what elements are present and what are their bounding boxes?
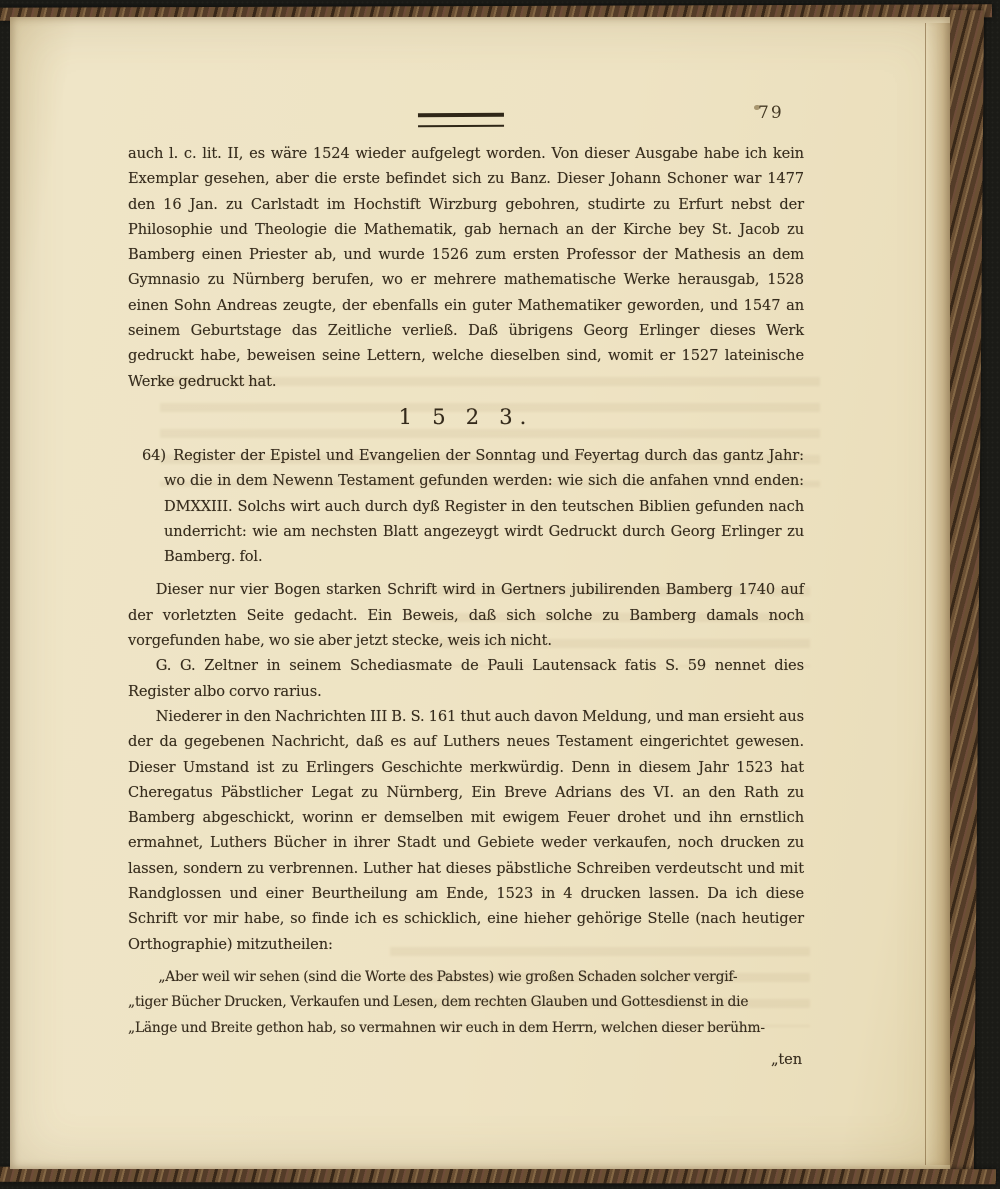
page-stack-edge — [925, 23, 950, 1165]
paragraph-continuation: auch l. c. lit. II, es wäre 1524 wieder … — [128, 141, 804, 394]
quote-line: „Länge und Breite gethon hab, so vermahn… — [128, 1016, 804, 1041]
scanned-page: 79 auch l. c. lit. II, es wäre 1524 wied… — [10, 17, 950, 1169]
catalog-entry-64: 64) Register der Epistel und Evangelien … — [128, 443, 804, 569]
page-number: 79 — [758, 103, 784, 123]
papal-quote-block: „Aber weil wir sehen (sind die Worte des… — [128, 965, 804, 1041]
catchword: „ten — [128, 1047, 804, 1072]
book-edge-bottom — [0, 1167, 996, 1185]
quote-line: „Aber weil wir sehen (sind die Worte des… — [128, 965, 804, 990]
entry-text: Register der Epistel und Evangelien der … — [164, 447, 804, 565]
paragraph-zeltner: G. G. Zeltner in seinem Schediasmate de … — [128, 653, 804, 704]
year-heading: 1 5 2 3. — [128, 404, 804, 430]
paragraph-niederer: Niederer in den Nachrichten III B. S. 16… — [128, 704, 804, 957]
paragraph-gertner: Dieser nur vier Bogen starken Schrift wi… — [128, 577, 804, 653]
entry-number: 64) — [142, 447, 166, 464]
header-double-rule — [418, 113, 504, 128]
text-column: auch l. c. lit. II, es wäre 1524 wieder … — [128, 141, 804, 1072]
quote-line: „tiger Bücher Drucken, Verkaufen und Les… — [128, 990, 804, 1015]
